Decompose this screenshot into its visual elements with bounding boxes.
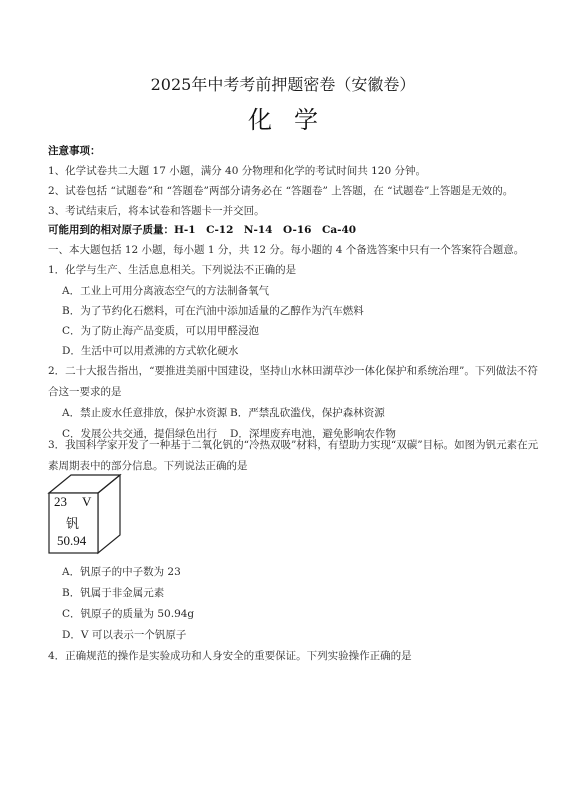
element-name: 钒 bbox=[66, 513, 79, 532]
note-item: 2、试卷包括 “试题卷”和 “答题卷”两部分请务必在 “答题卷” 上答题，在 “… bbox=[48, 183, 513, 198]
question-3-option-c: C．钒原子的质量为 50.94g bbox=[62, 606, 194, 621]
atomic-mass: 50.94 bbox=[57, 533, 86, 549]
element-symbol: V bbox=[82, 494, 91, 510]
exam-title: 2025年中考考前押题密卷（安徽卷） bbox=[0, 72, 566, 95]
question-1-option-c: C．为了防止海产品变质，可以用甲醛浸泡 bbox=[62, 323, 259, 338]
question-1-stem: 1．化学与生产、生活息息相关。下列说法不正确的是 bbox=[48, 262, 296, 277]
question-2-option-a: A．禁止废水任意排放，保护水资源 bbox=[62, 405, 227, 420]
question-3-option-d: D．V 可以表示一个钒原子 bbox=[62, 627, 186, 642]
note-item: 1、化学试卷共二大题 17 小题，满分 40 分物理和化学的考试时间共 120 … bbox=[48, 163, 426, 178]
question-3-option-a: A．钒原子的中子数为 23 bbox=[62, 564, 181, 579]
atomic-masses: 可能用到的相对原子质量：H-1 C-12 N-14 O-16 Ca-40 bbox=[48, 222, 356, 237]
subject-title: 化学 bbox=[0, 100, 566, 135]
question-3-stem-cont: 素周期表中的部分信息。下列说法正确的是 bbox=[48, 458, 248, 473]
question-3-stem: 3．我国科学家开发了一种基于二氧化钒的“冷热双吸”材料，有望助力实现“双碳”目标… bbox=[48, 437, 538, 452]
atomic-number: 23 bbox=[54, 494, 67, 510]
question-2-option-b: B．严禁乱砍滥伐，保护森林资源 bbox=[230, 405, 385, 420]
question-2-stem-cont: 合这一要求的是 bbox=[48, 384, 122, 399]
notes-heading: 注意事项： bbox=[48, 143, 101, 158]
question-1-option-d: D．生活中可以用煮沸的方式软化硬水 bbox=[62, 343, 238, 358]
element-cell-figure: 23 V 钒 50.94 bbox=[36, 473, 126, 555]
note-item: 3、考试结束后，将本试卷和答题卡一并交回。 bbox=[48, 203, 265, 218]
question-1-option-b: B．为了节约化石燃料，可在汽油中添加适量的乙醇作为汽车燃料 bbox=[62, 303, 364, 318]
section-instructions: 一、本大题包括 12 小题，每小题 1 分，共 12 分。每小题的 4 个备选答… bbox=[48, 242, 524, 257]
question-4-stem: 4．正确规范的操作是实验成功和人身安全的重要保证。下列实验操作正确的是 bbox=[48, 648, 412, 663]
question-1-option-a: A．工业上可用分离液态空气的方法制备氧气 bbox=[62, 283, 269, 298]
question-2-stem: 2．二十大报告指出，“要推进美丽中国建设，坚持山水林田湖草沙一体化保护和系统治理… bbox=[48, 363, 538, 378]
question-3-option-b: B．钒属于非金属元素 bbox=[62, 585, 164, 600]
